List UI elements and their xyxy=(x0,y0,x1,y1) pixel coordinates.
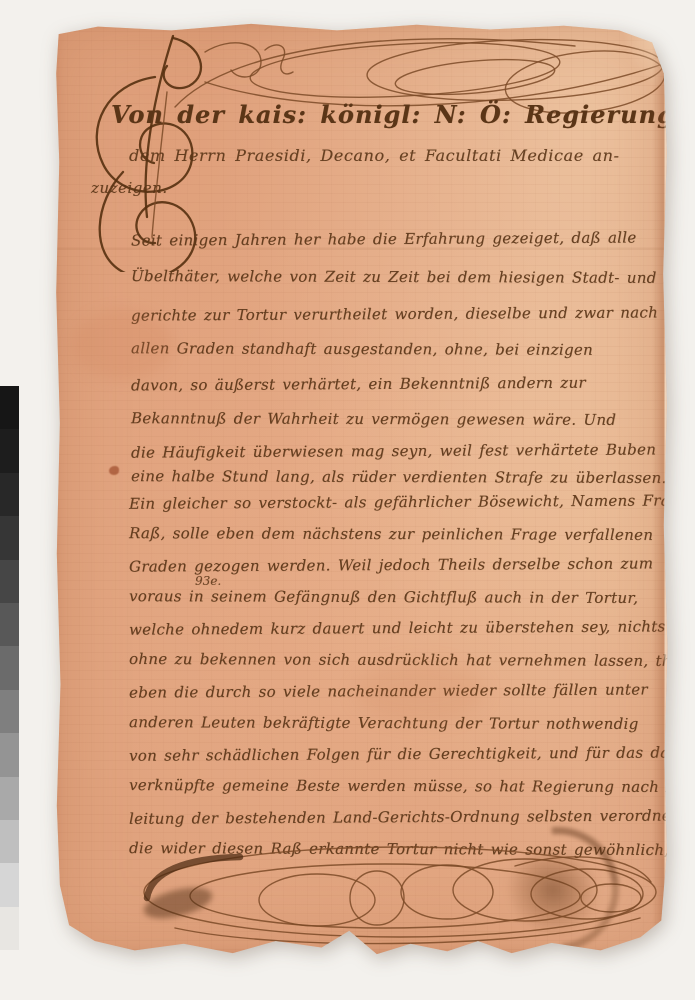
grayscale-calibration-strip xyxy=(0,386,19,950)
manuscript-text-line: die Häufigkeit überwiesen mag seyn, weil… xyxy=(131,440,656,461)
manuscript-text-line: Ein gleicher so verstockt- als gefährlic… xyxy=(129,491,688,512)
calibration-step xyxy=(0,516,19,559)
manuscript-text-line: Bekanntnuß der Wahrheit zu vermögen gewe… xyxy=(131,409,616,429)
calibration-step xyxy=(0,646,19,689)
photo-background: Von der kais: königl: N: Ö: Regierung we… xyxy=(0,0,695,1000)
calibration-step xyxy=(0,560,19,603)
manuscript-text-line: Raß, solle eben dem nächstens zur peinli… xyxy=(129,524,653,544)
manuscript-text-line: gerichte zur Tortur verurtheilet worden,… xyxy=(131,303,658,324)
flourish-ink-blob xyxy=(141,882,215,924)
calibration-step xyxy=(0,429,19,472)
manuscript-text-line: voraus in seinem Gefängnuß den Gichtfluß… xyxy=(129,587,638,607)
calibration-step xyxy=(0,777,19,820)
curled-corner xyxy=(622,24,666,90)
manuscript-text-line: welche ohnedem kurz dauert und leicht zu… xyxy=(129,617,666,638)
manuscript-text-line: leitung der bestehenden Land-Gerichts-Or… xyxy=(129,806,695,828)
interlinear-insertion: 93e. xyxy=(195,574,221,588)
manuscript-text-line: eine halbe Stund lang, als rüder verdien… xyxy=(131,467,667,487)
manuscript-text-line: von sehr schädlichen Folgen für die Gere… xyxy=(129,743,695,764)
calibration-step xyxy=(0,690,19,733)
manuscript-text-line: verknüpfte gemeine Beste werden müsse, s… xyxy=(129,776,693,796)
soft-discoloration xyxy=(355,662,485,722)
manuscript-text-line: Graden gezogen werden. Weil jedoch Theil… xyxy=(129,554,653,575)
header-line-2: dem Herrn Praesidi, Decano, et Facultati… xyxy=(129,146,620,165)
manuscript-text-line: allen Graden standhaft ausgestanden, ohn… xyxy=(131,339,593,359)
calibration-step xyxy=(0,820,19,863)
calibration-step xyxy=(0,386,19,429)
rust-spot-stain xyxy=(109,466,119,475)
calibration-step xyxy=(0,603,19,646)
calibration-step xyxy=(0,473,19,516)
soft-discoloration xyxy=(73,310,173,380)
manuscript-page-wrapper: Von der kais: königl: N: Ö: Regierung we… xyxy=(55,22,668,955)
manuscript-page: Von der kais: königl: N: Ö: Regierung we… xyxy=(55,22,668,955)
calibration-step xyxy=(0,733,19,776)
header-line-3: zuzeigen. xyxy=(91,179,168,197)
manuscript-text-line: Übelthäter, welche von Zeit zu Zeit bei … xyxy=(131,267,695,287)
calibration-step xyxy=(0,863,19,906)
manuscript-text-line: davon, so äußerst verhärtet, ein Bekennt… xyxy=(131,374,586,395)
ink-smudge-arc xyxy=(470,802,645,977)
calibration-step xyxy=(0,907,19,950)
manuscript-text-line: Seit einigen Jahren her habe die Erfahru… xyxy=(131,228,637,249)
header-line-1: Von der kais: königl: N: Ö: Regierung we… xyxy=(111,100,695,129)
